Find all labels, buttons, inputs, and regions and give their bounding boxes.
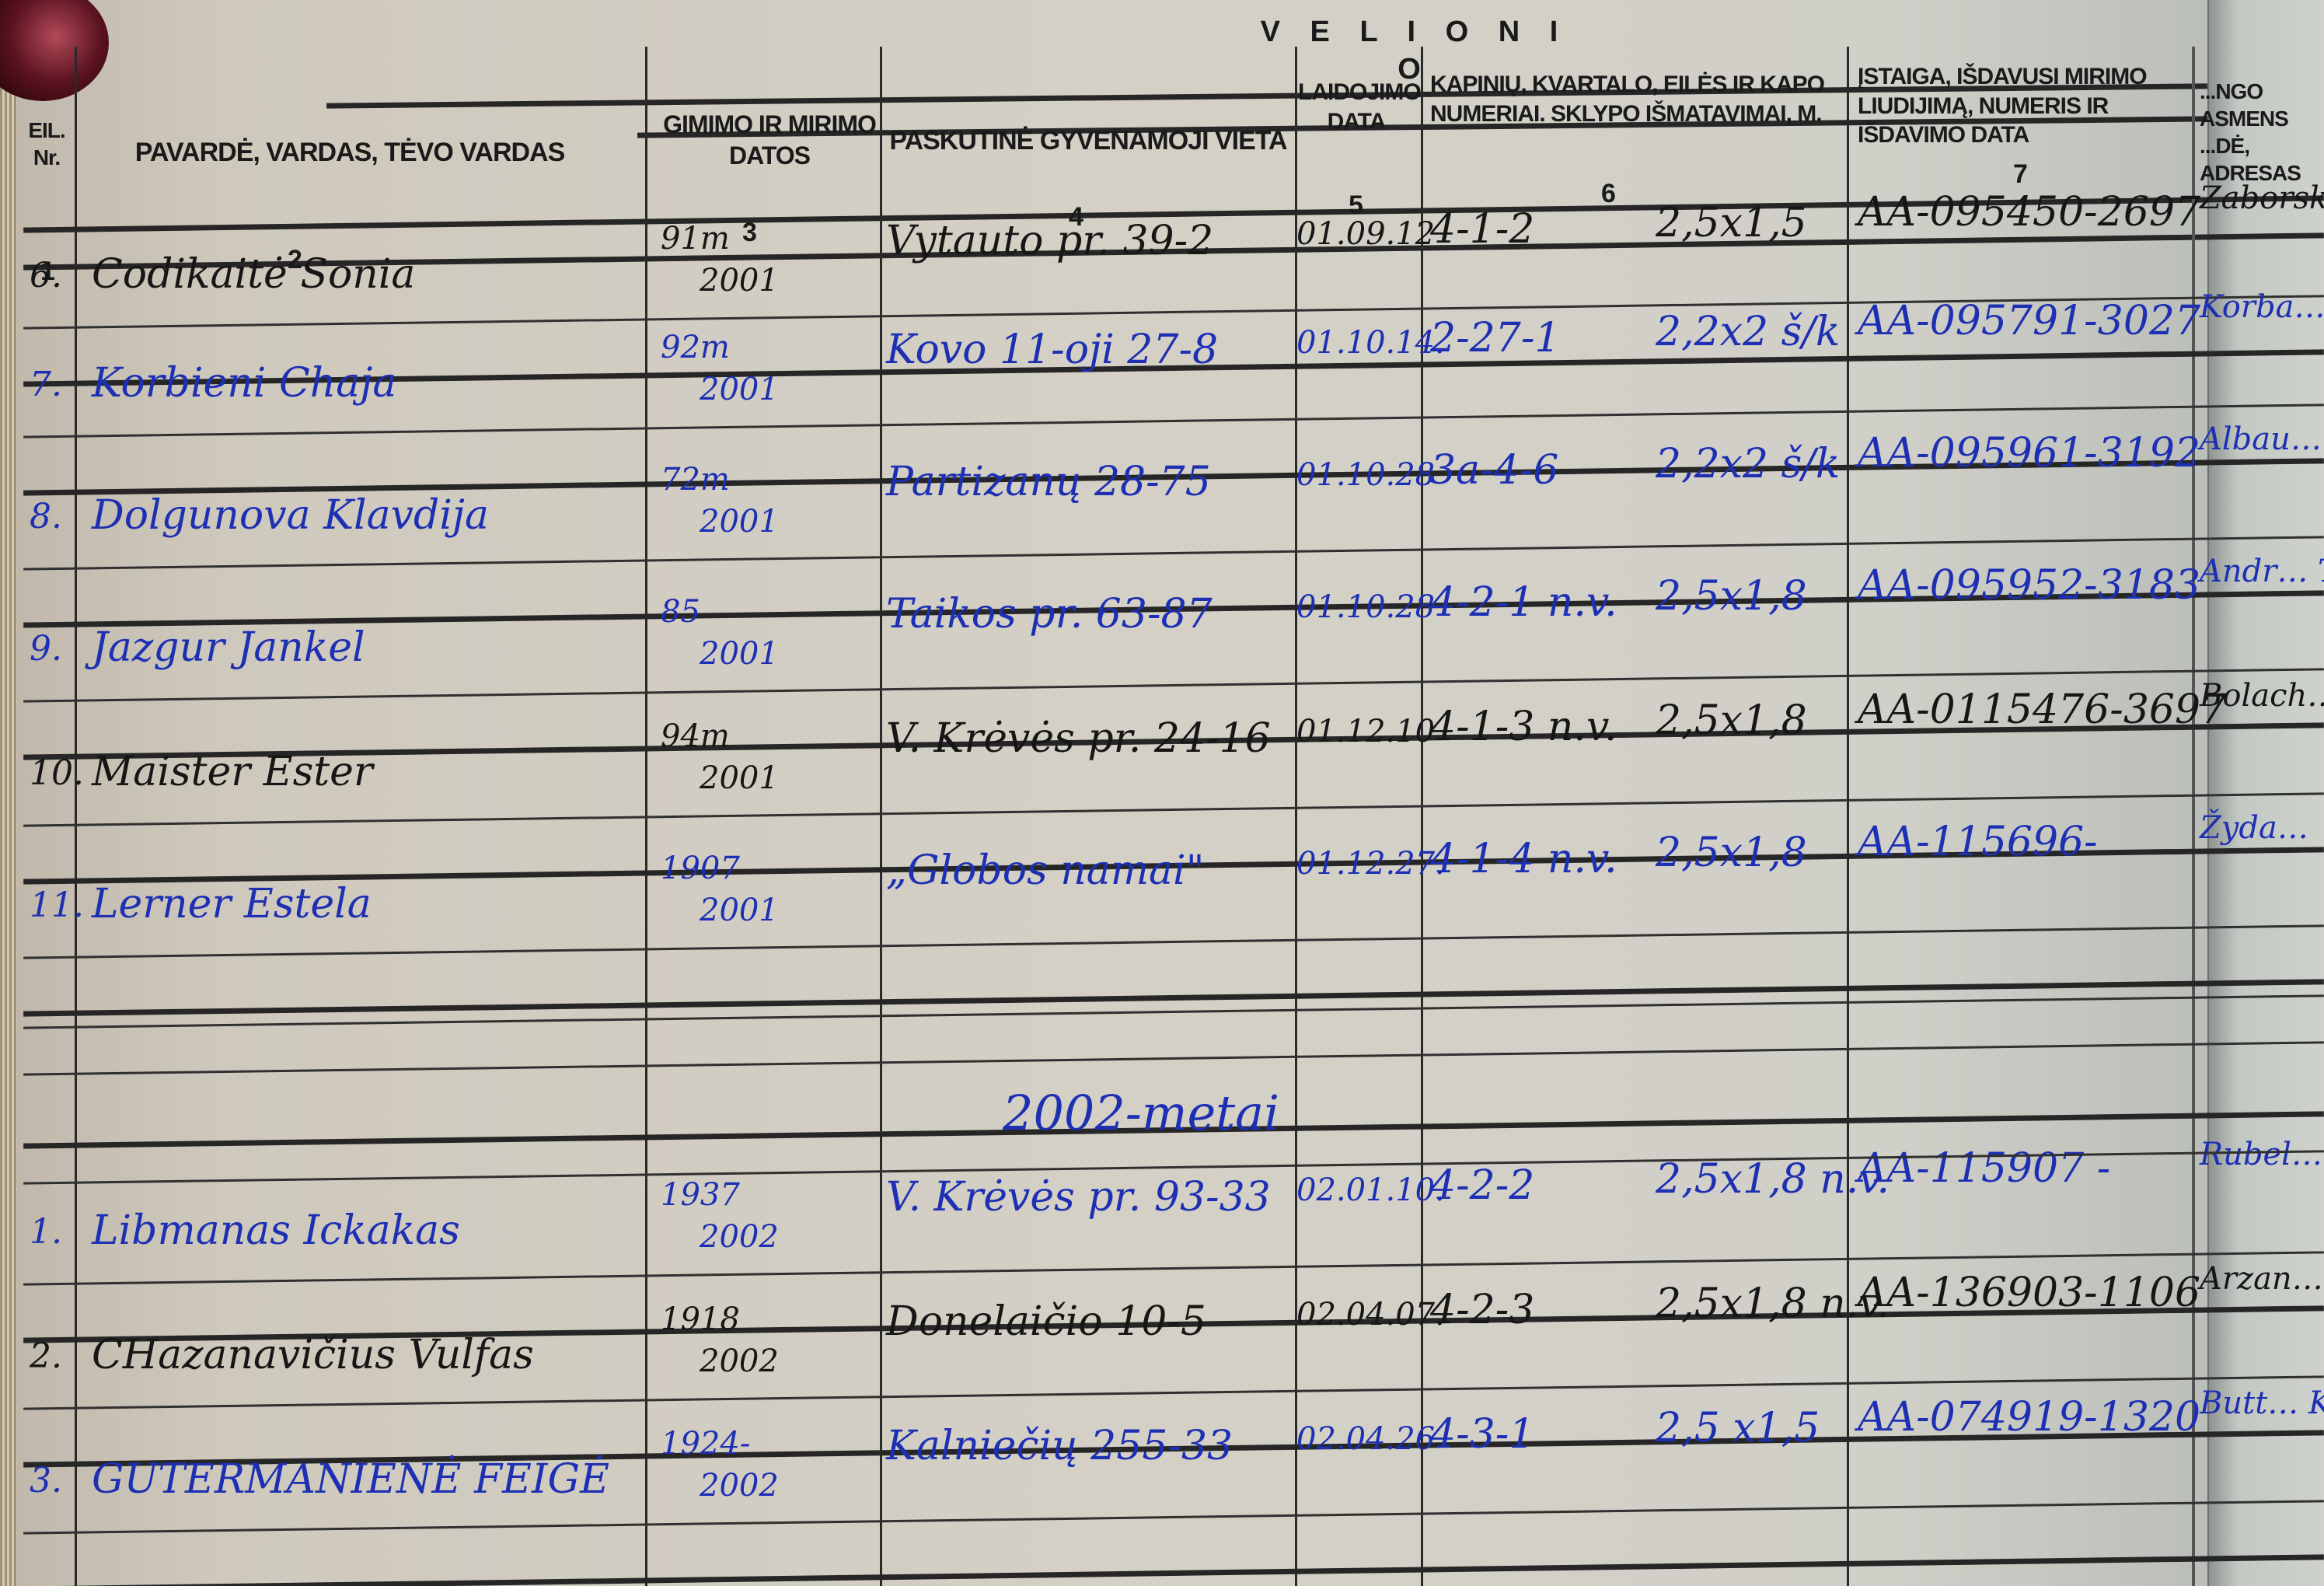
cell-nr: 10. xyxy=(30,753,84,793)
cell-grave: 4-2-2 xyxy=(1430,1162,1534,1209)
cell-address: Taikos pr. 63-87 xyxy=(886,591,1213,638)
cell-death: 2001 xyxy=(700,636,779,672)
cell-burial: 01.09.12 xyxy=(1296,216,1435,252)
cell-address: „Globos namai" xyxy=(886,847,1205,894)
cell-address: Kalniečių 255-33 xyxy=(886,1423,1233,1469)
cell-address: Partizanų 28-75 xyxy=(886,459,1211,505)
cell-size: 2,5 x1,5 xyxy=(1656,1405,1820,1452)
cell-address: Kovo 11-oji 27-8 xyxy=(886,327,1218,373)
col-header-name: PAVARDĖ, VARDAS, TĖVO VARDAS xyxy=(117,136,583,169)
cell-birth: 1907 xyxy=(661,851,740,886)
cell-contact: Rubel… SAVAN… xyxy=(2200,1137,2324,1172)
cell-address: V. Krėvės pr. 24-16 xyxy=(886,715,1271,762)
cell-certificate: AA-115696- xyxy=(1858,819,2098,865)
cell-name: CHazanavičius Vulfas xyxy=(92,1332,534,1378)
cell-birth: 1937 xyxy=(661,1177,740,1213)
cell-name: GUTERMANIENĖ FEIGĖ xyxy=(92,1456,609,1503)
cell-grave: 4-1-3 n.v. xyxy=(1430,704,1617,750)
cell-birth: 91m xyxy=(661,221,730,257)
cell-grave: 2-27-1 xyxy=(1430,315,1560,362)
col-num-3: 3 xyxy=(742,218,757,248)
cell-name: Jazgur Jankel xyxy=(92,624,365,671)
cell-burial: 01.12.10 xyxy=(1296,714,1435,749)
cell-size: 2,5x1,5 xyxy=(1656,200,1807,246)
cell-name: Codikaitė Sonia xyxy=(92,251,415,298)
cell-certificate: AA-115907 - xyxy=(1858,1145,2110,1192)
cell-death: 2002 xyxy=(700,1343,779,1379)
cell-size: 2,2x2 š/k xyxy=(1656,309,1840,355)
cell-burial: 01.10.28 xyxy=(1296,589,1435,625)
cell-address: Donelaičio 10-5 xyxy=(886,1298,1206,1345)
cell-birth: 1924- xyxy=(661,1426,750,1462)
cell-burial: 01.12.27. xyxy=(1296,846,1445,882)
cell-death: 2001 xyxy=(700,372,779,407)
cell-certificate: AA-095952-3183 xyxy=(1858,562,2200,609)
cell-name: Lerner Estela xyxy=(92,881,372,927)
cell-size: 2,5x1,8 n.v. xyxy=(1656,1156,1890,1203)
cell-grave: 4-3-1 xyxy=(1430,1411,1534,1458)
col-header-nr: EIL. Nr. xyxy=(23,117,70,171)
cell-death: 2002 xyxy=(700,1219,779,1255)
cell-nr: 9. xyxy=(30,629,62,669)
cell-name: Korbieni Chaja xyxy=(92,360,396,407)
col-header-burial-date: LAIDOJIMO DATA xyxy=(1298,78,1415,136)
cell-nr: 6. xyxy=(30,256,62,295)
cell-nr: 3. xyxy=(30,1461,62,1500)
cell-certificate: AA-095791-3027 xyxy=(1858,298,2200,344)
cell-contact: Albau… Parti… xyxy=(2200,421,2324,457)
cell-birth: 1918 xyxy=(661,1301,740,1337)
cell-address: Vytauto pr. 39-2 xyxy=(886,218,1213,264)
cell-death: 2001 xyxy=(700,893,779,928)
cell-burial: 01.10.28 xyxy=(1296,457,1435,493)
page-stack-edge xyxy=(0,0,17,1586)
cell-certificate: AA-095961-3192 xyxy=(1858,430,2200,477)
col-header-certificate: ĮSTAIGA, IŠDAVUSI MIRIMO LIUDIJIMĄ, NUME… xyxy=(1858,62,2192,150)
cell-grave: 4-2-1 n.v. xyxy=(1430,579,1617,626)
cell-address: V. Krėvės pr. 93-33 xyxy=(886,1174,1271,1221)
cell-burial: 01.10.14. xyxy=(1296,325,1445,361)
cell-contact: Bolach… V. Kr… xyxy=(2200,678,2324,714)
col-header-contact: ...NGO ASMENS ...DĖ, ADRESAS xyxy=(2200,78,2324,187)
cell-contact: Andr… Taik… xyxy=(2200,554,2324,589)
cell-birth: 94m xyxy=(661,718,730,754)
cell-nr: 2. xyxy=(30,1336,62,1376)
cell-nr: 8. xyxy=(30,497,62,536)
cell-grave: 3a-4-6 xyxy=(1430,447,1558,494)
cell-size: 2,5x1,8 xyxy=(1656,830,1807,876)
cell-size: 2,5x1,8 xyxy=(1656,573,1807,620)
col-num-6: 6 xyxy=(1601,179,1616,209)
cell-death: 2002 xyxy=(700,1468,779,1504)
cell-certificate: AA-0115476-3697 xyxy=(1858,686,2226,733)
cell-death: 2001 xyxy=(700,760,779,796)
cell-size: 2,2x2 š/k xyxy=(1656,441,1840,487)
cell-name: Maister Ester xyxy=(92,749,373,795)
col-num-7: 7 xyxy=(2013,159,2028,190)
cell-certificate: AA-095450-2697 xyxy=(1858,189,2200,236)
cell-birth: 72m xyxy=(661,462,730,498)
cell-contact: Arzan… P… xyxy=(2200,1261,2324,1297)
cell-birth: 85 xyxy=(661,594,700,630)
cell-grave: 4-1-4 n.v. xyxy=(1430,836,1617,882)
cell-grave: 4-1-2 xyxy=(1430,206,1534,253)
cell-nr: 7. xyxy=(30,365,62,404)
cell-burial: 02.04.07. xyxy=(1296,1297,1445,1333)
cell-size: 2,5x1,8 n.v. xyxy=(1656,1280,1890,1327)
cell-certificate: AA-074919-1320 xyxy=(1858,1394,2200,1441)
cell-burial: 02.04.26 xyxy=(1296,1421,1435,1457)
col-header-residence: PASKUTINĖ GYVENAMOJI VIETA xyxy=(886,124,1290,158)
cell-contact: Korba… Kovo… xyxy=(2200,289,2324,325)
cell-certificate: AA-136903-1106 xyxy=(1858,1270,2200,1316)
cell-nr: 11. xyxy=(30,886,84,925)
col-header-grave: KAPINIŲ, KVARTALO, EILĖS IR KAPO NUMERIA… xyxy=(1430,70,1834,128)
cell-death: 2001 xyxy=(700,263,779,299)
cell-name: Dolgunova Klavdija xyxy=(92,492,489,539)
cell-burial: 02.01.10. xyxy=(1296,1172,1445,1208)
cell-contact: Zaborsk… Dau… xyxy=(2200,180,2324,216)
cell-contact: Žyda… xyxy=(2200,810,2308,846)
cell-death: 2001 xyxy=(700,504,779,540)
cell-name: Libmanas Ickakas xyxy=(92,1207,460,1254)
cell-grave: 4-2-3 xyxy=(1430,1287,1534,1333)
cell-birth: 92m xyxy=(661,330,730,365)
col-header-dates: GIMIMO IR MIRIMO DATOS xyxy=(661,109,878,171)
section-title-2002: 2002-metai xyxy=(1003,1085,1279,1141)
cell-size: 2,5x1,8 xyxy=(1656,697,1807,744)
cell-contact: Butt… Kal… xyxy=(2200,1385,2324,1421)
cell-nr: 1. xyxy=(30,1212,62,1252)
